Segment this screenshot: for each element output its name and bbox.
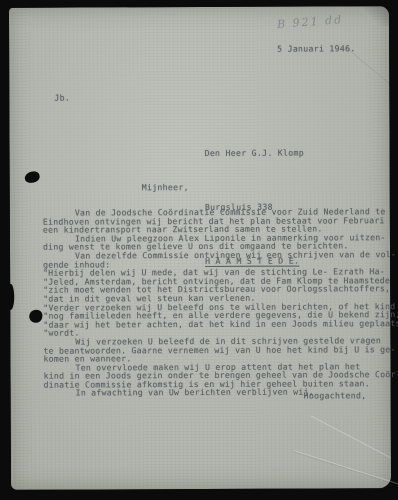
letter-date: 5 Januari 1946. bbox=[277, 43, 355, 53]
paper-edge-nick bbox=[7, 284, 14, 310]
paper-crease bbox=[311, 415, 391, 458]
paper-crease bbox=[294, 450, 398, 488]
recipient-name: Den Heer G.J. Klomp bbox=[205, 144, 304, 162]
paper-corner-shadow bbox=[363, 6, 389, 26]
scan-background: B 921 dd 5 Januari 1946. Jb. Den Heer G.… bbox=[0, 0, 398, 500]
punch-hole-top bbox=[24, 170, 41, 184]
salutation: Mijnheer, bbox=[142, 182, 189, 192]
pencil-annotation: B 921 dd bbox=[277, 13, 344, 31]
letter-page: B 921 dd 5 Januari 1946. Jb. Den Heer G.… bbox=[9, 6, 391, 490]
reference-initials: Jb. bbox=[54, 93, 70, 103]
closing: Hoogachtend, bbox=[304, 390, 367, 400]
punch-hole-bottom bbox=[28, 309, 43, 324]
letter-body: Van de Joodsche Coördinatie Commissie vo… bbox=[43, 207, 386, 398]
